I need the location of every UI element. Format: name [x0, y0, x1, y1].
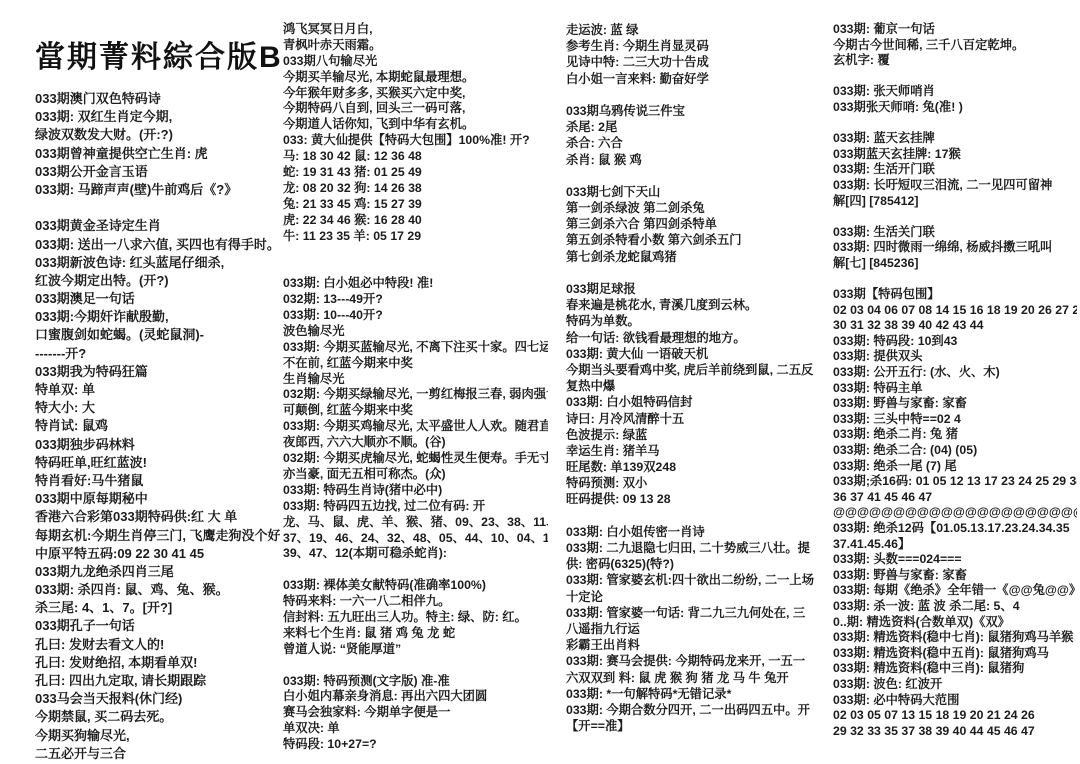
text-line: 白小姐内幕亲身消息: 再出六四大团圆	[283, 689, 548, 705]
text-line: 033期: 今期买蓝输尽光, 不离下注买十家。四七运势	[283, 340, 548, 356]
text-line: 39、47、12(本期可稳杀蛇肖):	[283, 546, 548, 562]
text-line: 033期乌鸦传说三件宝	[566, 103, 828, 119]
text-line: 033期: 绝杀12码【01.05.13.17.23.24.34.35	[833, 521, 1077, 537]
text-line: 37.41.45.46】	[833, 537, 1077, 553]
text-line: 波色输尽光	[283, 324, 548, 340]
text-line: 复热中爆	[566, 378, 828, 394]
text-line: 第五剑杀特看小数 第六剑杀五门	[566, 232, 828, 248]
text-line: 033马会当天报料(休门经)	[35, 690, 280, 708]
text-line: 033期: 今期买鸡输尽光, 太平盛世人人欢。随君直到	[283, 419, 548, 435]
tip-sheet-page: 當期菁料綜合版B 033期澳门双色特码诗033期: 双红生肖定今期,绿波双数发大…	[0, 0, 1080, 764]
text-line: 赛马会独家料: 今期单字便是一	[283, 705, 548, 721]
text-line: 033期: 双红生肖定今期,	[35, 108, 280, 126]
text-line: 033期: 二九退隐七归田, 二十势威三八壮。提	[566, 540, 828, 556]
text-line: 解[七] [845236]	[833, 256, 1077, 272]
text-line: 十定论	[566, 589, 828, 605]
text-line: 色波提示: 绿蓝	[566, 427, 828, 443]
text-line: 【开==准】	[566, 718, 828, 734]
text-line: 中原平特五码:09 22 30 41 45	[35, 545, 280, 563]
text-line: 033期: 必中特码大范围	[833, 693, 1077, 709]
text-line: 孔曰: 发财绝招, 本期看单双!	[35, 654, 280, 672]
text-line: 033期: 张天师哨肖	[833, 84, 1077, 100]
text-line: 今期买羊输尽光, 本期蛇鼠最理想。	[283, 70, 548, 86]
text-line: 033期: 特码主单	[833, 381, 1077, 397]
text-line: 033期我为特码狂篇	[35, 363, 280, 381]
text-line: 033期【特码包围】	[833, 287, 1077, 303]
text-line: 今期道人话你知, 飞到中华有玄机。	[283, 117, 548, 133]
text-line: 033期: 绝杀一尾 (7) 尾	[833, 459, 1077, 475]
text-line: 玄机字: 覆	[833, 53, 1077, 69]
text-line: 033期: 精选资料(稳中五肖): 鼠猪狗鸡马	[833, 646, 1077, 662]
text-line: 解[四] [785412]	[833, 194, 1077, 210]
text-line: 特码段: 10+27=?	[283, 737, 548, 753]
text-line: 参考生肖: 今期生肖显灵码	[566, 38, 828, 54]
text-line: 口蜜腹剑如蛇蝎。(灵蛇鼠洞)-	[35, 326, 280, 344]
text-line: 033期澳门双色特码诗	[35, 90, 280, 108]
text-line: 033期: 野兽与家畜: 家畜	[833, 396, 1077, 412]
text-line: 生肖输尽光	[283, 372, 548, 388]
text-line: 033期孔子一句话	[35, 617, 280, 635]
text-line: 033期: 黄大仙 一语破天机	[566, 346, 828, 362]
text-line: 033期: 精选资料(稳中七肖): 鼠猪狗鸡马羊猴	[833, 630, 1077, 646]
text-line: 033期: 今期合数分四开, 二一出码四五中。开	[566, 702, 828, 718]
text-line: 033期: 三头中特==02 4	[833, 412, 1077, 428]
text-line: 马: 18 30 42 鼠: 12 36 48	[283, 149, 548, 165]
text-line: 29 32 33 35 37 38 39 40 44 45 46 47	[833, 724, 1077, 740]
text-line: 033期: 生活开门联	[833, 162, 1077, 178]
text-line: 今期禁鼠, 买二码去死。	[35, 708, 280, 726]
text-line: 033期: 精选资料(稳中三肖): 鼠猪狗	[833, 661, 1077, 677]
text-line: 第三剑杀六合 第四剑杀特单	[566, 216, 828, 232]
text-line: 杀尾: 2尾	[566, 119, 828, 135]
text-line: 02 03 05 07 13 15 18 19 20 21 24 26	[833, 708, 1077, 724]
text-line: 033期: 杀四肖: 鼠、鸡、兔、猴。	[35, 581, 280, 599]
text-line: 单双决: 单	[283, 721, 548, 737]
text-line: 033期: 葡京一句话	[833, 22, 1077, 38]
text-line: 第一剑杀绿波 第二剑杀兔	[566, 200, 828, 216]
text-line: 033期: 白小姐必中特段! 准!	[283, 276, 548, 292]
text-line: 青枫叶赤天雨霜。	[283, 38, 548, 54]
text-line: 02 03 04 06 07 08 14 15 16 18 19 20 26 2…	[833, 303, 1077, 319]
column-mid-right-lines: 走运波: 蓝 绿参考生肖: 今期生肖显灵码见诗中特: 二三大功十告成白小姐一言来…	[566, 22, 828, 734]
text-line: 033期: *一句解特码*无错记录*	[566, 686, 828, 702]
text-line: 红波今期定出特。(开?)	[35, 272, 280, 290]
text-line: 033期澳足一句话	[35, 290, 280, 308]
text-line: 特大小: 大	[35, 399, 280, 417]
text-line: 033期张天师哨: 兔(准! )	[833, 100, 1077, 116]
text-line: 033期: 绝杀二合: (04) (05)	[833, 443, 1077, 459]
text-line: 033期: 白小姐特码信封	[566, 394, 828, 410]
text-line: 见诗中特: 二三大功十告成	[566, 54, 828, 70]
column-right-lines: 033期: 葡京一句话今期古今世间稀, 三千八百定乾坤。玄机字: 覆 033期:…	[833, 22, 1077, 739]
text-line: 033期: 马蹄声声(壁)牛前鸡后《?》	[35, 181, 280, 199]
text-line: 龙: 08 20 32 狗: 14 26 38	[283, 181, 548, 197]
text-line: 033期: 每期《绝杀》全年错一《@@兔@@》	[833, 583, 1077, 599]
text-line: 033期: 提供双头	[833, 349, 1077, 365]
text-line: 特码旺单,旺红蓝波!	[35, 454, 280, 472]
text-line: 诗曰: 月冷风清醉十五	[566, 411, 828, 427]
text-line: 绿波双数发大财。(开:?)	[35, 126, 280, 144]
text-line: 032期: 今期买绿输尽光, 一剪红梅报三春, 弱肉强食	[283, 387, 548, 403]
text-line: 033期: 送出一八求六值, 买四也有得手时。	[35, 236, 280, 254]
text-line: 033期曾神童提供空亡生肖: 虎	[35, 145, 280, 163]
text-line: 033期: 波色: 红波开	[833, 677, 1077, 693]
text-line: 走运波: 蓝 绿	[566, 22, 828, 38]
text-line: 来料七个生肖: 鼠 猪 鸡 兔 龙 蛇	[283, 626, 548, 642]
text-line: 白小姐一言来料: 勤奋好学	[566, 71, 828, 87]
text-line: 033期: 蓝天玄挂牌	[833, 131, 1077, 147]
column-mid-right: 走运波: 蓝 绿参考生肖: 今期生肖显灵码见诗中特: 二三大功十告成白小姐一言来…	[566, 22, 828, 734]
text-line: 杀三尾: 4、1、7。[开?]	[35, 599, 280, 617]
column-mid-left-lines: 鸿飞冥冥日月白,青枫叶赤天雨霜。033期八句输尽光今期买羊输尽光, 本期蛇鼠最理…	[283, 22, 548, 753]
text-line: 给一句话: 欲钱看最理想的地方。	[566, 330, 828, 346]
text-line: 033期: 赛马会提供: 今期特码龙来开, 一五一	[566, 653, 828, 669]
text-line: 兔: 21 33 45 鸡: 15 27 39	[283, 197, 548, 213]
text-line: 36 37 41 45 46 47	[833, 490, 1077, 506]
text-line: 不在前, 红蓝今期来中奖	[283, 356, 548, 372]
text-line: 今期古今世间稀, 三千八百定乾坤。	[833, 38, 1077, 54]
text-line: 蛇: 19 31 43 猪: 01 25 49	[283, 165, 548, 181]
text-line: 033期九龙绝杀四肖三尾	[35, 563, 280, 581]
text-line: -------开?	[35, 345, 280, 363]
text-line: 033期: 头数===024===	[833, 552, 1077, 568]
text-line: 033期: 杀一波: 蓝 波 杀二尾: 5、4	[833, 599, 1077, 615]
page-title: 當期菁料綜合版B	[35, 32, 280, 76]
text-line: 30 31 32 38 39 40 42 43 44	[833, 318, 1077, 334]
text-line: 孔曰: 四出九定取, 请长期跟踪	[35, 672, 280, 690]
text-line: 033期: 四时微雨一绵绵, 杨威抖擞三吼叫	[833, 240, 1077, 256]
text-line: 第七剑杀龙蛇鼠鸡猪	[566, 249, 828, 265]
text-line: 春来遍是桃花水, 青溪几度到云林。	[566, 297, 828, 313]
text-line: 虎: 22 34 46 猴: 16 28 40	[283, 213, 548, 229]
column-left-lines: 033期澳门双色特码诗033期: 双红生肖定今期,绿波双数发大财。(开:?)03…	[35, 90, 280, 763]
text-line: 杀合: 六合	[566, 135, 828, 151]
text-line: 八遥指九行运	[566, 621, 828, 637]
text-line: 彩霸王出肖料	[566, 637, 828, 653]
text-line: 信封料: 五九旺出三人功。特主: 绿、防: 红。	[283, 610, 548, 626]
text-line: 033期:今期奸诈献殷勤,	[35, 308, 280, 326]
text-line: 六双双到 料: 鼠 虎 猴 狗 猪 龙 马 牛 兔开	[566, 670, 828, 686]
text-line: 0..期: 精选资料(合数单双)《双》	[833, 615, 1077, 631]
text-line: 牛: 11 23 35 羊: 05 17 29	[283, 229, 548, 245]
text-line: 曾道人说: “贤能厚道”	[283, 642, 548, 658]
text-line: 今期当头要看鸡中奖, 虎后羊前绕到鼠, 二五反	[566, 362, 828, 378]
text-line: 旺尾数: 单139双248	[566, 459, 828, 475]
text-line: 033期: 特码四五边找, 过二位有码: 开	[283, 499, 548, 515]
text-line: 033期足球报	[566, 281, 828, 297]
text-line: 033期蓝天玄挂牌: 17猴	[833, 147, 1077, 163]
text-line: 033期: 特码段: 10到43	[833, 334, 1077, 350]
text-line: 033期独步码林料	[35, 436, 280, 454]
text-line: 每期玄机:今期生肖停三门, 飞鹰走狗没个好。	[35, 527, 280, 545]
text-line: 032期: 13---49开?	[283, 292, 548, 308]
column-mid-left: 鸿飞冥冥日月白,青枫叶赤天雨霜。033期八句输尽光今期买羊输尽光, 本期蛇鼠最理…	[283, 22, 548, 753]
text-line: 033期: 长吁短叹三泪流, 二一见四可留神	[833, 178, 1077, 194]
text-line: 特肖看好:马牛猪鼠	[35, 472, 280, 490]
text-line: 亦当豪, 面无五相可称杰。(众)	[283, 467, 548, 483]
text-line: 供: 密码(6325)(特?)	[566, 556, 828, 572]
text-line: 033期七剑下天山	[566, 184, 828, 200]
text-line: @@@@@@@@@@@@@@@@@@@@@@	[833, 505, 1077, 521]
text-line: 033期: 管家婆玄机:四十欲出二纷纷, 二一上场	[566, 572, 828, 588]
text-line: 033期中原每期秘中	[35, 490, 280, 508]
text-line: 033期黄金圣诗定生肖	[35, 217, 280, 235]
text-line: 033: 黄大仙提供【特码大包围】100%准! 开?	[283, 133, 548, 149]
text-line: 033期;杀16码: 01 05 12 13 17 23 24 25 29 34…	[833, 474, 1077, 490]
text-line: 033期: 10---40开?	[283, 308, 548, 324]
text-line: 033期: 裸体美女献特码(准确率100%)	[283, 578, 548, 594]
text-line: 033期新波色诗: 红头蓝尾仔细杀,	[35, 254, 280, 272]
text-line: 033期: 特码生肖诗(猪中必中)	[283, 483, 548, 499]
text-line: 二五必开与三合	[35, 745, 280, 763]
text-line: 龙、马、鼠、虎、羊、猴、猪、09、23、38、11、	[283, 515, 548, 531]
text-line: 杀肖: 鼠 猴 鸡	[566, 152, 828, 168]
text-line: 033期: 白小姐传密一肖诗	[566, 524, 828, 540]
column-left: 當期菁料綜合版B 033期澳门双色特码诗033期: 双红生肖定今期,绿波双数发大…	[35, 22, 280, 763]
text-line: 033期: 野兽与家畜: 家畜	[833, 568, 1077, 584]
text-line: 033期: 绝杀二肖: 兔 猪	[833, 427, 1077, 443]
text-line: 鸿飞冥冥日月白,	[283, 22, 548, 38]
text-line: 特单双: 单	[35, 381, 280, 399]
column-right: 033期: 葡京一句话今期古今世间稀, 三千八百定乾坤。玄机字: 覆 033期:…	[833, 22, 1077, 739]
text-line: 今期特码八自到, 回头三一码可落,	[283, 101, 548, 117]
text-line: 孔曰: 发财去看文人的!	[35, 636, 280, 654]
text-line: 幸运生肖: 猪羊马	[566, 443, 828, 459]
text-line: 033期: 生活关门联	[833, 225, 1077, 241]
text-line: 033期公开金言玉语	[35, 163, 280, 181]
text-line: 特码预测: 双小	[566, 475, 828, 491]
text-line: 033期八句输尽光	[283, 54, 548, 70]
text-line: 香港六合彩第033期特码供:红 大 单	[35, 508, 280, 526]
text-line: 033期: 公开五行: (水、火、木)	[833, 365, 1077, 381]
text-line: 032期: 今期买虎输尽光, 蛇蝎性灵生便寿。手无寸铁	[283, 451, 548, 467]
text-line: 033期: 管家婆一句话: 背二九三九何处在, 三	[566, 605, 828, 621]
text-line: 033期: 特码预测(文字版) 准-准	[283, 674, 548, 690]
text-line: 特码来料: 一六一八二相伴九。	[283, 594, 548, 610]
text-line: 旺码提供: 09 13 28	[566, 491, 828, 507]
text-line: 夜郎西, 六六大顺亦不顺。(谷)	[283, 435, 548, 451]
text-line: 可颠倒, 红蓝今期来中奖	[283, 403, 548, 419]
text-line: 特肖试: 鼠鸡	[35, 417, 280, 435]
text-line: 特码为单数。	[566, 313, 828, 329]
text-line: 今年猴年财多多, 买猴买六定中奖,	[283, 86, 548, 102]
text-line: 37、19、46、24、32、48、05、44、10、04、18	[283, 531, 548, 547]
text-line: 今期买狗输尽光,	[35, 727, 280, 745]
